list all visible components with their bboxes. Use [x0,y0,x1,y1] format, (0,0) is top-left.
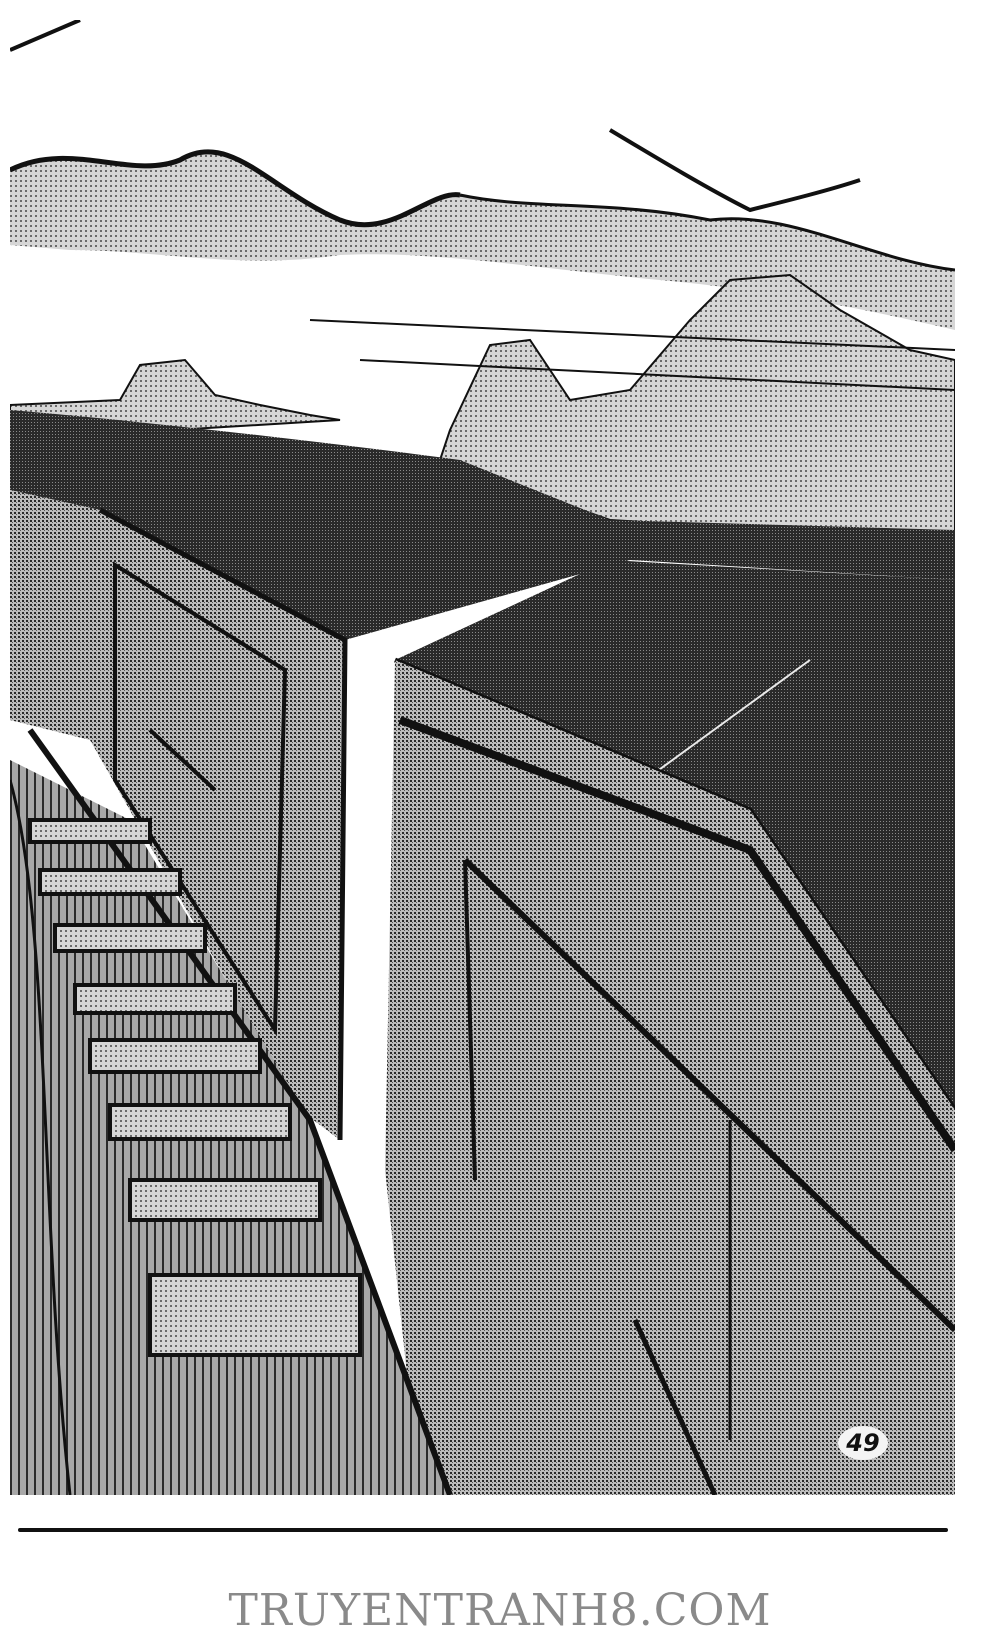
page-divider [18,1528,948,1532]
page-number: 49 [838,1426,888,1460]
watermark: TRUYENTRANH8.COM [0,1585,1000,1636]
illustration-panel [10,20,955,1495]
manga-page: 49 TRUYENTRANH8.COM [0,0,1000,1642]
train-illustration [10,20,955,1495]
